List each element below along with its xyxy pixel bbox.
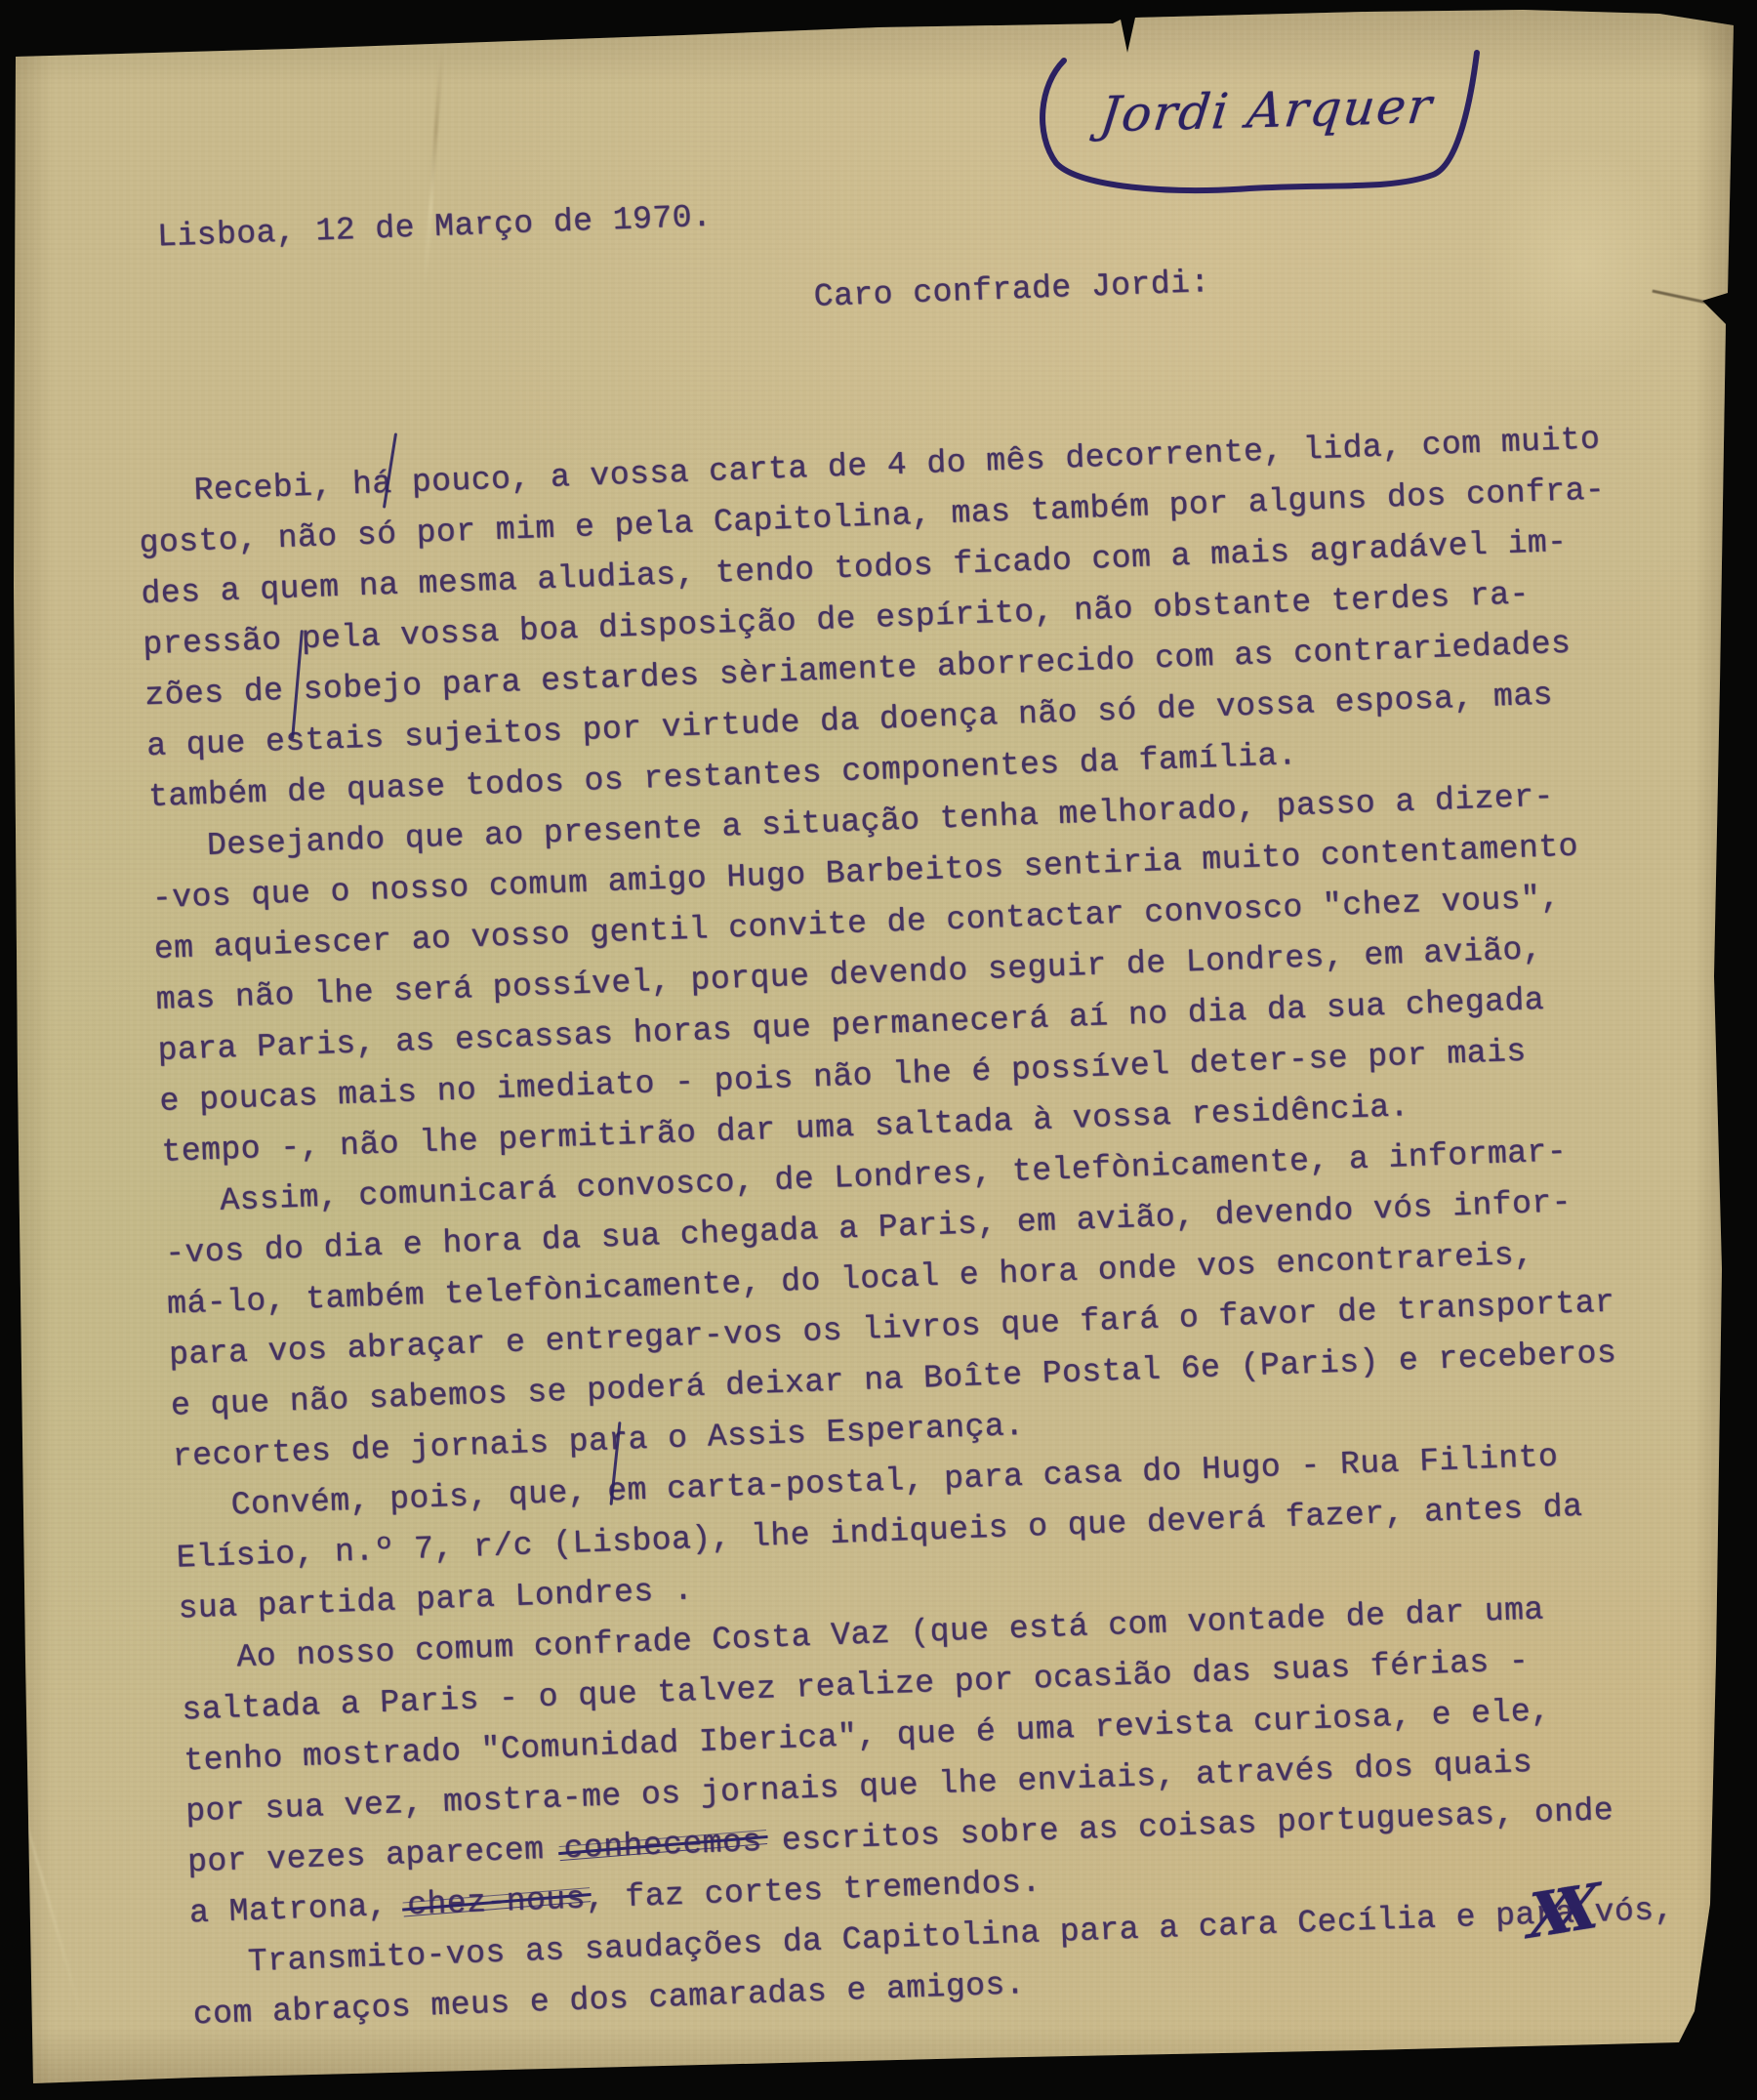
letter-paper: Jordi Arquer Lisboa, 12 de Março de 1970…: [0, 0, 1757, 2100]
line-text: por vezes aparecem: [187, 1831, 565, 1880]
date-line: Lisboa, 12 de Março de 1970.: [156, 199, 712, 256]
line-text: a Matrona,: [188, 1887, 408, 1931]
signature-mark: XX: [1528, 1869, 1602, 1953]
letter-body: Recebi, há pouco, a vossa carta de 4 do …: [137, 412, 1716, 2040]
line-text: , faz cortes tremendos.: [585, 1864, 1042, 1916]
strikethrough-text: chez-nous: [407, 1881, 587, 1924]
paper-crease: [0, 1734, 86, 2026]
salutation: Caro confrade Jordi:: [813, 265, 1210, 315]
scanned-letter-photo: { "colors":{ "background":"#070706", "pa…: [0, 0, 1757, 2100]
typed-letter-block: Lisboa, 12 de Março de 1970. Caro confra…: [115, 150, 1735, 2071]
annotation-name-text: Jordi Arquer: [1097, 78, 1436, 144]
strikethrough-text: conhecemos: [563, 1824, 762, 1867]
